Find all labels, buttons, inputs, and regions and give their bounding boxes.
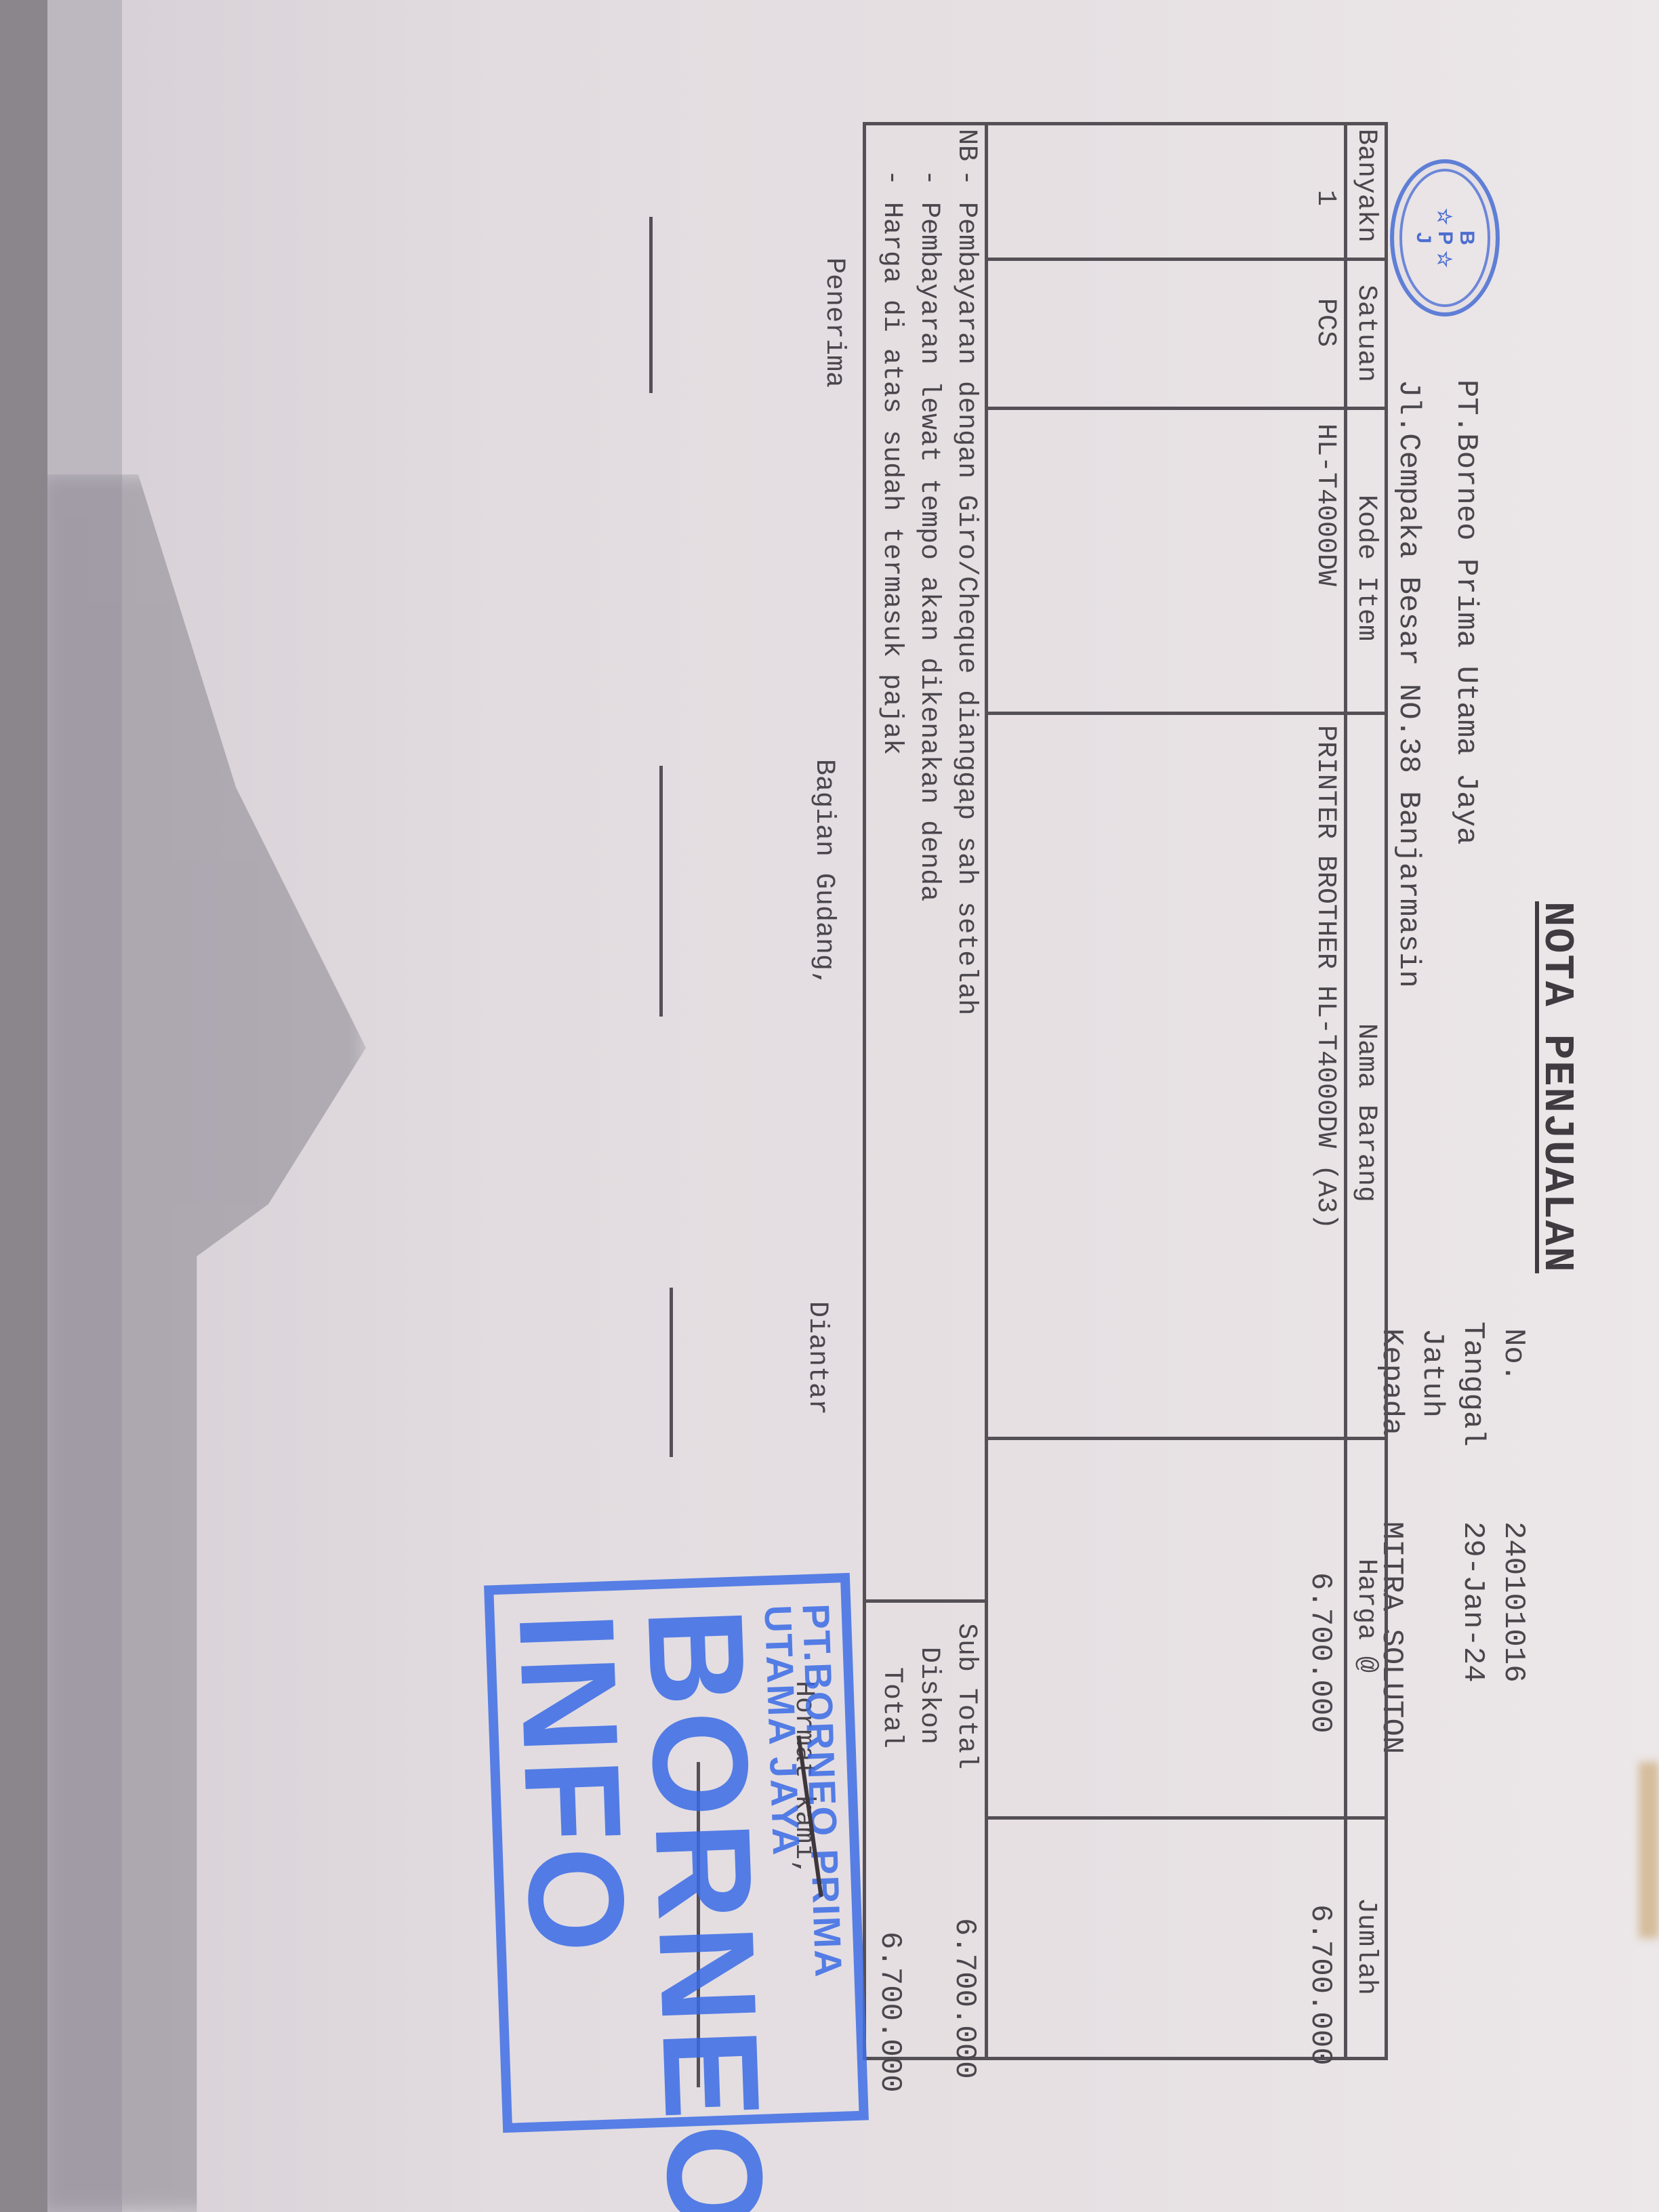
- header-item-code: Kode Item: [1351, 495, 1381, 641]
- header-item-name: Nama Barang: [1351, 1023, 1381, 1202]
- col-divider: [985, 407, 1388, 410]
- company-name: PT.Borneo Prima Utama Jaya: [1449, 380, 1483, 845]
- invoice-title: NOTA PENJUALAN: [1533, 901, 1581, 1273]
- header-quantity: Banyakn: [1351, 129, 1381, 243]
- col-divider: [985, 258, 1388, 261]
- note-item: - Pembayaran lewat tempo akan dikenakan …: [914, 169, 944, 901]
- invoice-number: 240101016: [1496, 1521, 1530, 1683]
- header-unit: Satuan: [1351, 285, 1381, 382]
- company-address: Jl.Cempaka Besar NO.38 Banjarmasin: [1391, 380, 1425, 988]
- signature-line-delivered: [670, 1288, 673, 1457]
- stamp-main-text: BORNEO INFO: [501, 1606, 776, 2103]
- total-label: Total: [876, 1667, 907, 1748]
- signature-line-warehouse: [659, 766, 663, 1017]
- table-row-item-code: HL-T4000DW: [1310, 424, 1340, 586]
- meta-label-date: Tanggal: [1456, 1322, 1490, 1447]
- table-border-top: [1385, 122, 1388, 2060]
- note-item: - Pembayaran dengan Giro/Cheque dianggap…: [951, 169, 981, 1015]
- notes-prefix: NB: [951, 129, 981, 161]
- col-divider: [985, 712, 1388, 715]
- table-header-divider: [1344, 122, 1347, 2060]
- subtotal-label: Sub Total: [951, 1623, 981, 1769]
- meta-label-to: Kepada: [1374, 1328, 1408, 1435]
- signature-label-delivered: Diantar: [802, 1301, 832, 1415]
- header-unit-price: Harga @: [1351, 1559, 1381, 1673]
- header-amount: Jumlah: [1351, 1898, 1381, 1995]
- table-border-bottom: [863, 122, 866, 2060]
- table-border-left: [863, 122, 1388, 125]
- table-row-item-name: PRINTER BROTHER HL-T4000DW (A3): [1310, 725, 1340, 1229]
- meta-label-no: No.: [1496, 1328, 1530, 1382]
- signature-label-receiver: Penerima: [819, 258, 849, 388]
- table-row-unit: PCS: [1310, 298, 1340, 347]
- table-row-quantity: 1: [1310, 190, 1340, 206]
- meta-label-due: Jatuh: [1415, 1328, 1449, 1418]
- company-logo-icon: ☆ B P J ☆: [1390, 159, 1500, 316]
- note-item: - Harga di atas sudah termasuk pajak: [876, 169, 907, 755]
- col-divider: [985, 1816, 1388, 1820]
- table-row-amount: 6.700.000: [1303, 1904, 1337, 2066]
- signature-label-warehouse: Bagian Gudang,: [808, 759, 839, 987]
- discount-label: Diskon: [914, 1647, 944, 1744]
- table-body-bottom: [985, 122, 988, 2060]
- subtotal-value: 6.700.000: [947, 1918, 981, 2079]
- invoice-date: 29-Jan-24: [1456, 1521, 1490, 1683]
- total-value: 6.700.000: [873, 1931, 907, 2093]
- totals-divider: [863, 1599, 988, 1603]
- signature-line-receiver: [649, 217, 653, 393]
- col-divider: [985, 1437, 1388, 1440]
- table-row-unit-price: 6.700.000: [1303, 1572, 1337, 1734]
- company-stamp: PT.BORNEO PRIMA UTAMA JAYA BORNEO INFO: [484, 1573, 869, 2133]
